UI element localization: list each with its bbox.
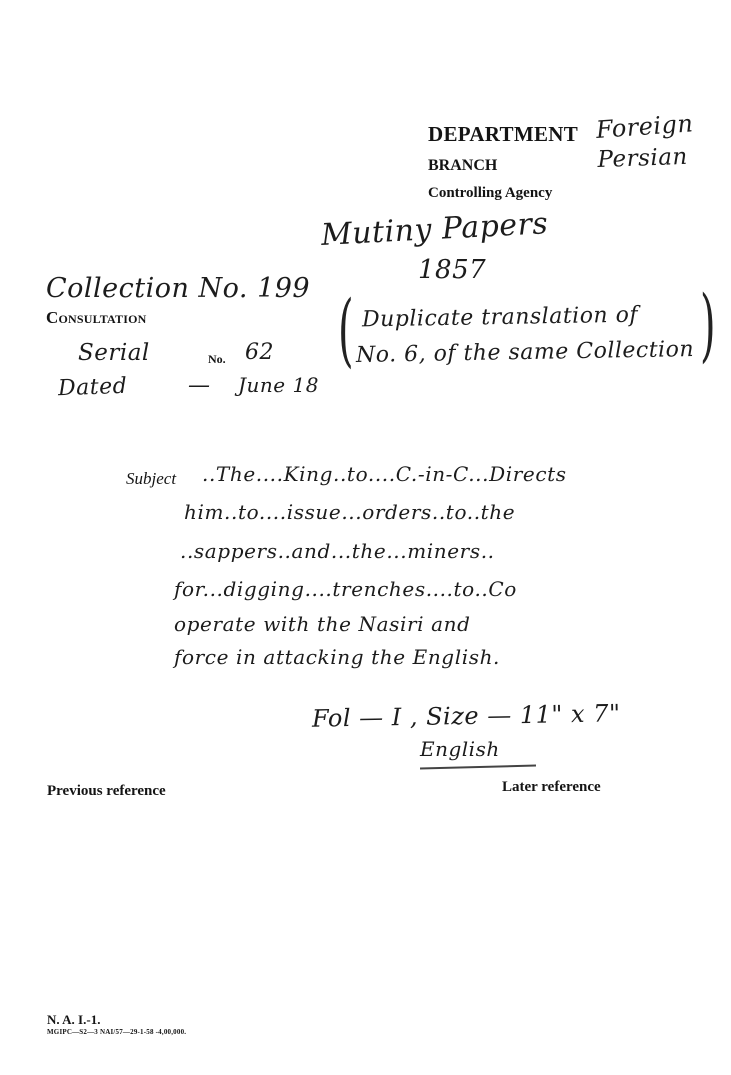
collection-title: Mutiny Papers [320, 206, 549, 253]
subject-line: operate with the Nasiri and [174, 612, 471, 636]
language-value: English [420, 737, 500, 761]
collection-number: Collection No. 199 [46, 273, 310, 304]
subject-label: Subject [126, 469, 176, 489]
subject-line: force in attacking the English. [174, 645, 500, 669]
printer-imprint: MGIPC—S2—3 NAI/57—29-1-58 -4,00,000. [47, 1028, 186, 1036]
branch-value: Persian [597, 144, 688, 173]
folio-size: Fol — I , Size — 11" x 7" [312, 699, 621, 732]
controlling-agency-label: Controlling Agency [428, 185, 552, 202]
consultation-label: Consultation [46, 308, 146, 328]
language-underline [420, 764, 536, 769]
serial-no-label: No. [208, 352, 226, 367]
previous-reference-label: Previous reference [47, 783, 166, 800]
note-close-bracket: ) [700, 285, 716, 365]
date-word: Dated [58, 374, 128, 401]
serial-word: Serial [78, 340, 150, 366]
date-dash: — [188, 373, 211, 398]
branch-label: BRANCH [428, 157, 497, 175]
note-open-bracket: ( [338, 290, 354, 370]
subject-line: for...digging....trenches....to..Co [174, 577, 517, 601]
form-number: N. A. I.-1. [47, 1012, 100, 1028]
subject-line: him..to....issue...orders..to..the [184, 500, 515, 524]
later-reference-label: Later reference [502, 779, 601, 796]
collection-year: 1857 [418, 255, 486, 285]
date-value: June 18 [238, 373, 319, 397]
serial-number-value: 62 [245, 340, 274, 365]
subject-line: ..sappers..and...the...miners.. [180, 539, 495, 563]
subject-line: ..The....King..to....C.-in-C...Directs [202, 462, 567, 486]
department-label: DEPARTMENT [428, 122, 578, 147]
department-value: Foreign [595, 109, 694, 144]
note-line-1: Duplicate translation of [362, 303, 638, 333]
note-line-2: No. 6, of the same Collection [356, 337, 694, 368]
